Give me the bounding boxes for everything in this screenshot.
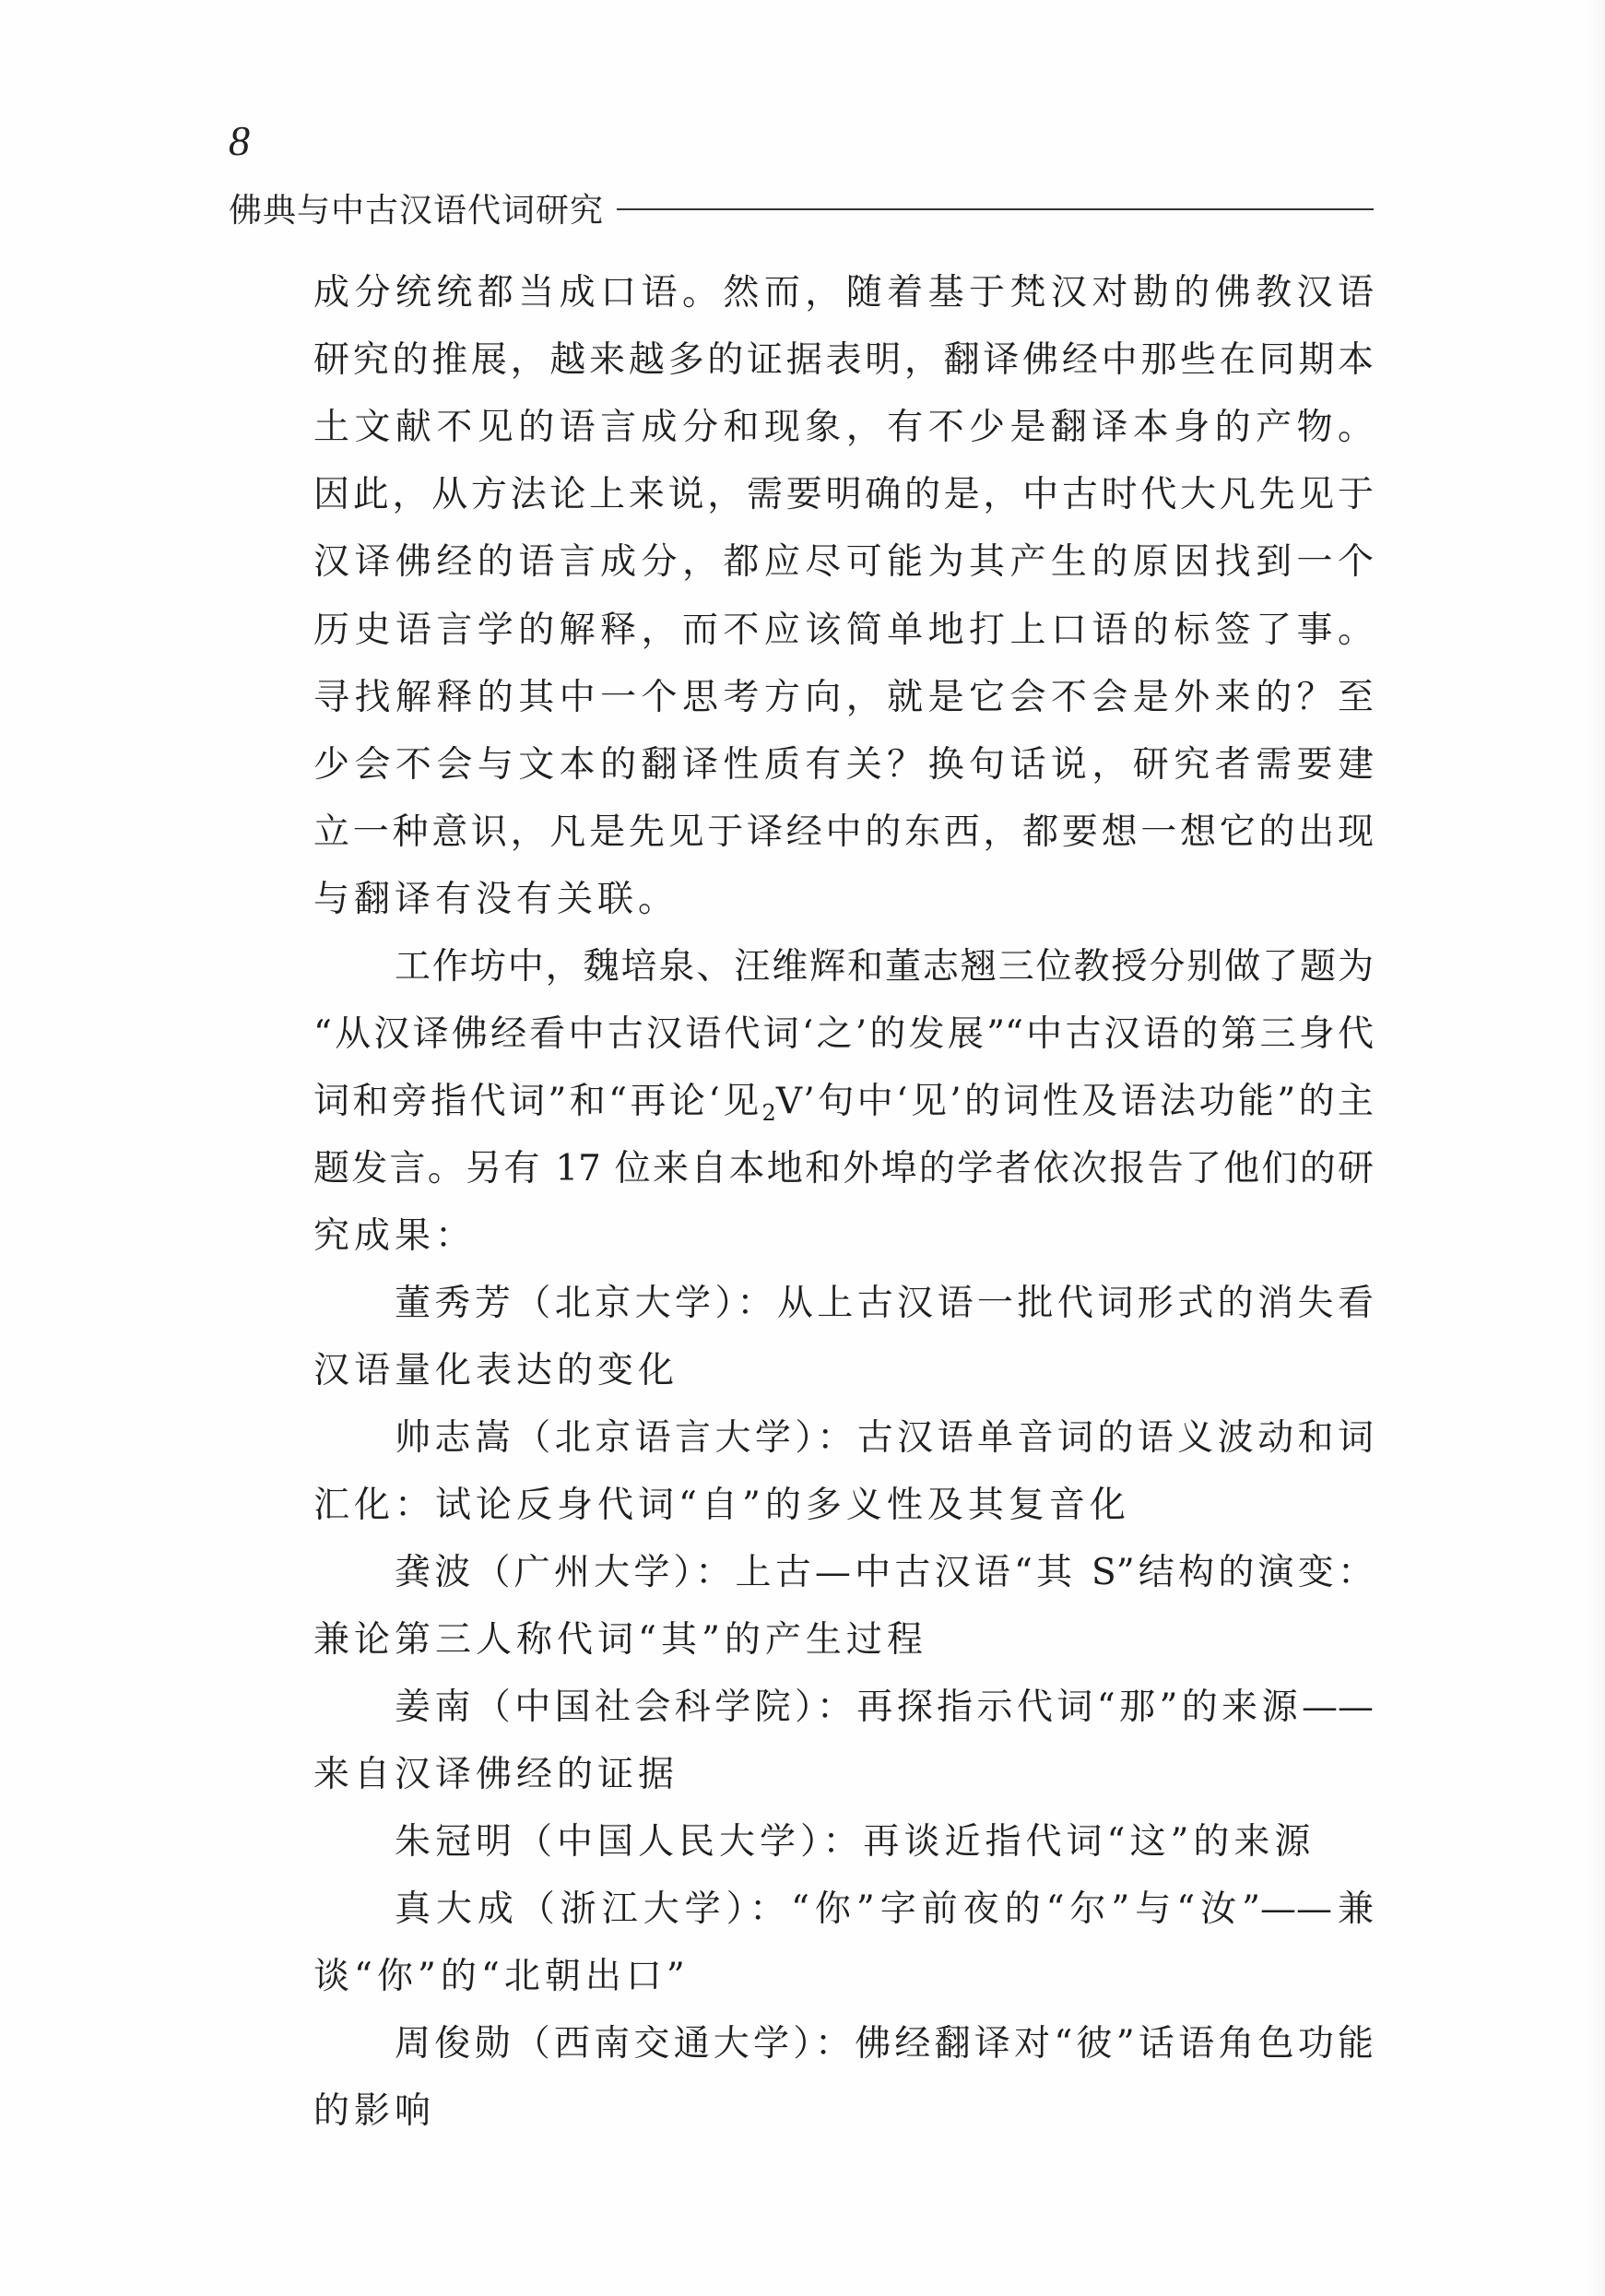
paragraph-line: 工作坊中，魏培泉、汪维辉和董志翘三位教授分别做了题为 [395,940,1374,995]
presentation-entry-cont: 的影响 [313,2084,1374,2139]
paragraph-line: 研究的推展，越来越多的证据表明，翻译佛经中那些在同期本 [313,333,1374,388]
paragraph-line: 寻找解释的其中一个思考方向，就是它会不会是外来的？至 [313,670,1374,726]
paragraph-line: 少会不会与文本的翻译性质有关？换句话说，研究者需要建 [313,738,1374,793]
subscript: 2 [762,1100,776,1126]
presentation-entry-cont: 兼论第三人称代词“其”的产生过程 [313,1613,1374,1668]
presentation-entry-cont: 谈“你”的“北朝出口” [313,1949,1374,2005]
paragraph-line: 与翻译有没有关联。 [313,872,1374,928]
paragraph-line: 成分统统都当成口语。然而，随着基于梵汉对勘的佛教汉语 [313,266,1374,321]
page-edge-shade [1587,0,1605,2296]
paragraph-line: 因此，从方法论上来说，需要明确的是，中古时代大凡先见于 [313,467,1374,523]
body-text: 成分统统都当成口语。然而，随着基于梵汉对勘的佛教汉语 研究的推展，越来越多的证据… [0,0,1605,2296]
paragraph-line: 题发言。另有 17 位来自本地和外埠的学者依次报告了他们的研 [313,1142,1374,1197]
paragraph-line: 立一种意识，凡是先见于译经中的东西，都要想一想它的出现 [313,805,1374,860]
paragraph-line: “从汉译佛经看中古汉语代词‘之’的发展”“中古汉语的第三身代 [313,1007,1374,1062]
presentation-entry: 董秀芳（北京大学）：从上古汉语一批代词形式的消失看 [395,1276,1374,1331]
paragraph-line-with-subscript: 词和旁指代词”和“再论‘见2V’句中‘见’的词性及语法功能”的主 [313,1074,1374,1130]
presentation-entry: 姜南（中国社会科学院）：再探指示代词“那”的来源—— [395,1680,1374,1735]
presentation-entry: 龚波（广州大学）：上古—中古汉语“其 S”结构的演变： [395,1545,1374,1601]
paragraph-line: 汉译佛经的语言成分，都应尽可能为其产生的原因找到一个 [313,535,1374,590]
presentation-entry: 周俊勋（西南交通大学）：佛经翻译对“彼”话语角色功能 [395,2017,1374,2072]
presentation-entry-cont: 汉语量化表达的变化 [313,1343,1374,1399]
paragraph-line: 土文献不见的语言成分和现象，有不少是翻译本身的产物。 [313,400,1374,456]
presentation-entry: 朱冠明（中国人民大学）：再谈近指代词“这”的来源 [395,1815,1374,1870]
presentation-entry: 真大成（浙江大学）：“你”字前夜的“尔”与“汝”——兼 [395,1882,1374,1937]
presentation-entry: 帅志嵩（北京语言大学）：古汉语单音词的语义波动和词 [395,1411,1374,1466]
presentation-entry-cont: 汇化：试论反身代词“自”的多义性及其复音化 [313,1478,1374,1533]
paragraph-line: 究成果： [313,1209,1374,1264]
text-segment: 词和旁指代词”和“再论‘见 [313,1081,762,1122]
paragraph-line: 历史语言学的解释，而不应该简单地打上口语的标签了事。 [313,603,1374,658]
presentation-entry-cont: 来自汉译佛经的证据 [313,1747,1374,1803]
text-segment: V’句中‘见’的词性及语法功能”的主 [776,1081,1374,1122]
